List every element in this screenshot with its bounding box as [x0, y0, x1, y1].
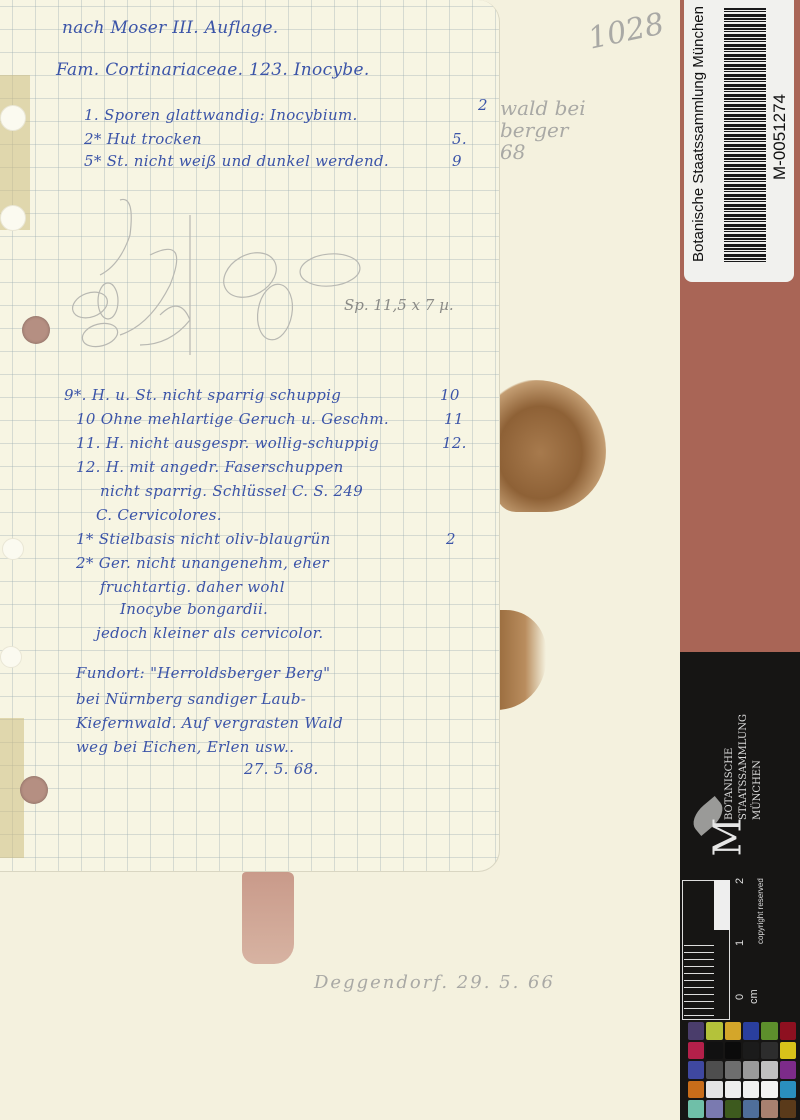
key-line: 2* Ger. nicht unangenehm, eher: [76, 554, 329, 572]
color-swatch: [706, 1022, 722, 1040]
punch-hole-filled: [22, 316, 50, 344]
color-swatch: [761, 1061, 777, 1079]
catalog-number: M-0051274: [770, 94, 790, 180]
punch-hole-filled: [20, 776, 48, 804]
family-line: Fam. Cortinariaceae. 123. Inocybe.: [56, 60, 370, 80]
color-swatch: [761, 1042, 777, 1060]
color-swatch: [743, 1100, 759, 1118]
color-swatch: [743, 1061, 759, 1079]
grid-notecard: nach Moser III. Auflage. Fam. Cortinaria…: [0, 0, 500, 872]
key-line: 1* Stielbasis nicht oliv-blaugrün: [76, 530, 331, 548]
key-line: fruchtartig. daher wohl: [100, 578, 285, 596]
scale-unit: cm: [748, 989, 760, 1004]
bottom-locality-note: Deggendorf. 29. 5. 66: [314, 972, 555, 993]
color-swatch: [725, 1042, 741, 1060]
collection-date: 27. 5. 68.: [244, 760, 319, 778]
sheet-pencil-line-3: 68: [500, 140, 525, 164]
key-line: C. Cervicolores.: [96, 506, 222, 524]
color-swatch: [780, 1042, 796, 1060]
key-ref: 10: [440, 386, 460, 404]
color-swatch: [706, 1100, 722, 1118]
color-swatch: [743, 1022, 759, 1040]
color-swatch: [725, 1061, 741, 1079]
color-swatch: [688, 1042, 704, 1060]
color-swatch: [780, 1022, 796, 1040]
locality-line: Fundort: "Herroldsberger Berg": [76, 664, 330, 682]
key-line: 5* St. nicht weiß und dunkel werdend.: [84, 152, 389, 170]
scale-label: 2: [734, 878, 746, 884]
scale-bar-white-segment: [714, 880, 730, 930]
key-ref: 9: [452, 152, 462, 170]
key-ref: 2: [446, 530, 456, 548]
key-line: 10 Ohne mehlartige Geruch u. Geschm.: [76, 410, 389, 428]
punch-hole: [2, 538, 24, 560]
key-line: 1. Sporen glattwandig: Inocybium.: [84, 106, 358, 124]
key-line: 9*. H. u. St. nicht sparrig schuppig: [64, 386, 341, 404]
sheet-pencil-line-1: wald bei: [500, 96, 586, 120]
color-calibration-chart: [688, 1022, 796, 1118]
key-ref: 5.: [452, 130, 467, 148]
mushroom-stem-base-illustration: [242, 872, 294, 964]
barcode-institution: Botanische Staatssammlung München: [690, 6, 707, 262]
scale-label: 1: [734, 940, 746, 946]
key-ref: 12.: [442, 434, 467, 452]
color-swatch: [688, 1100, 704, 1118]
punch-hole: [0, 646, 22, 668]
institution-logo-letter: M: [705, 818, 749, 857]
color-swatch: [706, 1061, 722, 1079]
color-swatch: [706, 1081, 722, 1099]
color-swatch: [780, 1100, 796, 1118]
key-line: nicht sparrig. Schlüssel C. S. 249: [100, 482, 363, 500]
color-swatch: [688, 1022, 704, 1040]
punch-hole: [0, 205, 26, 231]
locality-line: weg bei Eichen, Erlen usw..: [76, 738, 294, 756]
punch-hole: [0, 105, 26, 131]
color-swatch: [725, 1100, 741, 1118]
species-identification: Inocybe bongardii.: [120, 600, 268, 618]
institution-name-line: MÜNCHEN: [752, 760, 763, 820]
barcode: [724, 8, 766, 264]
color-swatch: [761, 1081, 777, 1099]
color-swatch: [780, 1081, 796, 1099]
color-swatch: [725, 1081, 741, 1099]
locality-line: bei Nürnberg sandiger Laub-: [76, 690, 306, 708]
color-swatch: [688, 1081, 704, 1099]
key-line: jedoch kleiner als cervicolor.: [96, 624, 324, 642]
color-swatch: [706, 1042, 722, 1060]
color-swatch: [688, 1061, 704, 1079]
color-swatch: [743, 1081, 759, 1099]
scale-bar-ticks: [684, 945, 714, 1018]
color-swatch: [761, 1022, 777, 1040]
locality-line: Kiefernwald. Auf vergrasten Wald: [76, 714, 343, 732]
sheet-pencil-line-2: berger: [500, 118, 568, 142]
header-line: nach Moser III. Auflage.: [62, 18, 279, 38]
color-swatch: [743, 1042, 759, 1060]
scale-label: 0: [734, 994, 746, 1000]
key-line: 2* Hut trocken: [84, 130, 202, 148]
key-ref: 11: [444, 410, 464, 428]
institution-name-line: STAATSSAMMLUNG: [738, 714, 749, 820]
color-swatch: [725, 1022, 741, 1040]
key-line: 12. H. mit angedr. Faserschuppen: [76, 458, 344, 476]
key-ref: 2: [478, 96, 488, 114]
color-swatch: [780, 1061, 796, 1079]
institution-name-line: BOTANISCHE: [724, 748, 735, 820]
key-line: 11. H. nicht ausgespr. wollig-schuppig: [76, 434, 379, 452]
color-swatch: [761, 1100, 777, 1118]
spore-sketch: [60, 195, 420, 355]
spore-size-note: Sp. 11,5 x 7 µ.: [344, 296, 454, 314]
copyright-note: copyright reserved: [756, 878, 765, 944]
